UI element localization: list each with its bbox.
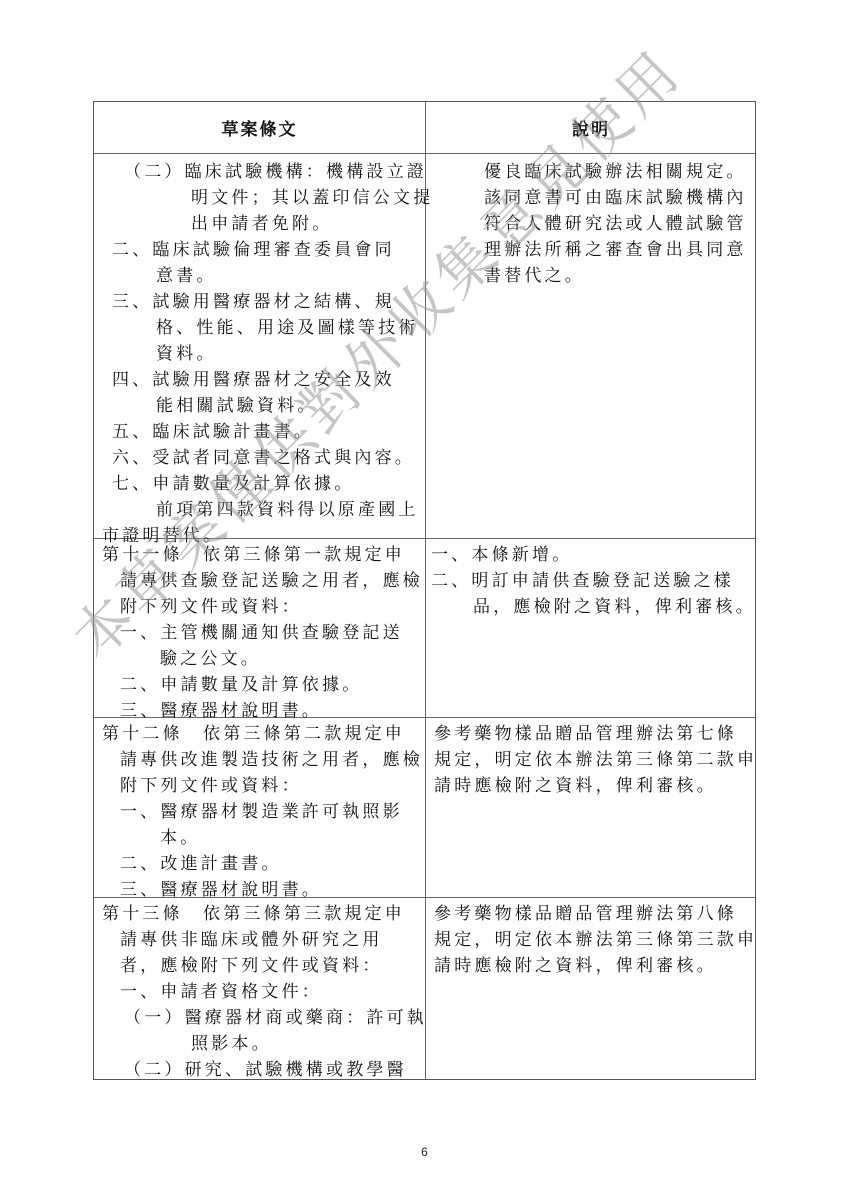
explanation-text-line: 書替代之。 xyxy=(484,263,585,289)
article-text-line: 三、試驗用醫療器材之結構、規 xyxy=(112,289,395,315)
article-text-line: 能相關試驗資料。 xyxy=(156,393,318,419)
article-text-line: 七、申請數量及計算依據。 xyxy=(112,471,354,497)
page-number: 6 xyxy=(0,1145,849,1159)
article-text-line: 出申請者免附。 xyxy=(191,211,332,237)
document-page: 草案條文 說明 （二）臨床試驗機構：機構設立證明文件；其以蓋印信公文提出申請者免… xyxy=(0,0,849,1200)
explanation-text-line: 參考藥物樣品贈品管理辦法第八條 xyxy=(434,901,737,927)
article-text-line: 第十一條 依第三條第一款規定申 xyxy=(102,542,405,568)
explanation-text-line: 一、本條新增。 xyxy=(431,542,572,568)
article-text-line: 附下列文件或資料： xyxy=(120,773,302,799)
article-text-line: 驗之公文。 xyxy=(160,646,261,672)
article-text-line: 資料。 xyxy=(156,341,217,367)
article-text-line: 二、臨床試驗倫理審查委員會同 xyxy=(112,237,395,263)
explanation-text-line: 品，應檢附之資料，俾利審核。 xyxy=(473,594,756,620)
article-text-line: 請專供非臨床或體外研究之用 xyxy=(120,927,383,953)
article-text-line: 本。 xyxy=(160,825,200,851)
explanation-text-line: 符合人體研究法或人體試驗管 xyxy=(484,211,747,237)
column-divider xyxy=(425,102,426,1079)
explanation-text-line: 二、明訂申請供查驗登記送驗之樣 xyxy=(431,568,734,594)
explanation-text-line: 理辦法所稱之審查會出具同意 xyxy=(484,237,747,263)
article-text-line: 格、性能、用途及圖樣等技術 xyxy=(156,315,419,341)
article-text-line: （一）醫療器材商或藥商：許可執 xyxy=(124,1005,427,1031)
article-text-line: 四、試驗用醫療器材之安全及效 xyxy=(112,367,395,393)
row-divider xyxy=(94,153,755,154)
article-text-line: 者，應檢附下列文件或資料： xyxy=(120,953,383,979)
article-text-line: 一、醫療器材製造業許可執照影 xyxy=(120,799,403,825)
article-text-line: 明文件；其以蓋印信公文提 xyxy=(191,185,433,211)
article-text-line: 第十三條 依第三條第三款規定申 xyxy=(102,901,405,927)
explanation-text-line: 規定，明定依本辦法第三條第二款申 xyxy=(434,747,757,773)
article-text-line: 二、申請數量及計算依據。 xyxy=(120,672,362,698)
explanation-text-line: 請時應檢附之資料，俾利審核。 xyxy=(434,773,717,799)
explanation-text-line: 參考藥物樣品贈品管理辦法第七條 xyxy=(434,721,737,747)
article-text-line: （二）研究、試驗機構或教學醫 xyxy=(124,1057,407,1083)
article-text-line: 二、改進計畫書。 xyxy=(120,851,282,877)
article-text-line: 前項第四款資料得以原產國上 xyxy=(156,497,419,523)
comparison-table: 草案條文 說明 （二）臨床試驗機構：機構設立證明文件；其以蓋印信公文提出申請者免… xyxy=(93,101,756,1080)
article-text-line: 照影本。 xyxy=(191,1031,272,1057)
explanation-text-line: 規定，明定依本辦法第三條第三款申 xyxy=(434,927,757,953)
article-text-line: 第十二條 依第三條第二款規定申 xyxy=(102,721,405,747)
explanation-text-line: 優良臨床試驗辦法相關規定。 xyxy=(484,159,747,185)
article-text-line: 請專供查驗登記送驗之用者，應檢 xyxy=(120,568,423,594)
article-text-line: （二）臨床試驗機構：機構設立證 xyxy=(124,159,427,185)
article-text-line: 一、申請者資格文件： xyxy=(120,979,322,1005)
article-text-line: 五、臨床試驗計畫書。 xyxy=(112,419,314,445)
explanation-text-line: 請時應檢附之資料，俾利審核。 xyxy=(434,953,717,979)
article-text-line: 請專供改進製造技術之用者，應檢 xyxy=(120,747,423,773)
article-text-line: 一、主管機關通知供查驗登記送 xyxy=(120,620,403,646)
header-draft-articles: 草案條文 xyxy=(94,102,425,153)
explanation-text-line: 該同意書可由臨床試驗機構內 xyxy=(484,185,747,211)
header-explanation: 說明 xyxy=(426,102,756,153)
article-text-line: 意書。 xyxy=(156,263,217,289)
article-text-line: 六、受試者同意書之格式與內容。 xyxy=(112,445,415,471)
article-text-line: 附下列文件或資料： xyxy=(120,594,302,620)
article-text-line: 三、醫療器材說明書。 xyxy=(120,877,322,903)
